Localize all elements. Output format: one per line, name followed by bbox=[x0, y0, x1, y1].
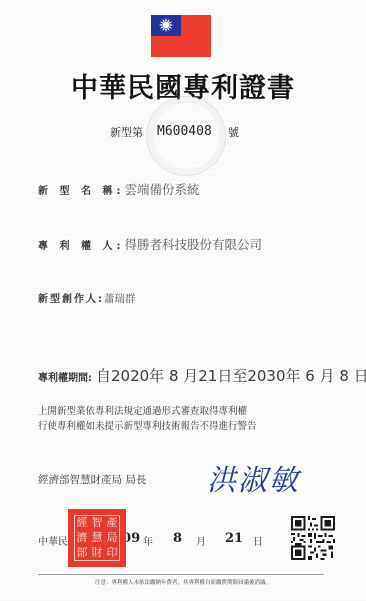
date-year-unit: 年 bbox=[143, 533, 153, 548]
date-month-unit: 月 bbox=[196, 533, 206, 548]
seal-char: 部 bbox=[75, 546, 89, 560]
roc-flag-icon bbox=[151, 15, 211, 57]
qr-code-icon[interactable] bbox=[291, 516, 335, 560]
field-patentee: 專 利 權 人:得勝者科技股份有限公司 bbox=[38, 235, 262, 253]
notice-text: 上開新型業依專利法規定通過形式審查取得專利權 行使專利權如未提示新型專利技術報告… bbox=[38, 404, 257, 434]
issuing-authority: 經濟部智慧財產局 局長 bbox=[38, 472, 146, 487]
field-label: 新型創作人: bbox=[38, 294, 104, 305]
patent-period: 專利權期間:自2020年 8 月21日至2030年 6 月 8 日止 bbox=[38, 365, 366, 386]
field-label: 新 型 名 稱: bbox=[38, 186, 124, 197]
field-value: 得勝者科技股份有限公司 bbox=[124, 237, 262, 252]
seal-char: 智 bbox=[90, 516, 104, 530]
director-signature: 洪淑敏 bbox=[207, 458, 300, 499]
field-creator: 新型創作人:蕭瑞群 bbox=[38, 290, 136, 306]
seal-char: 印 bbox=[105, 546, 119, 560]
field-model-name: 新 型 名 稱:雲端備份系統 bbox=[38, 180, 199, 198]
seal-char: 濟 bbox=[75, 531, 89, 545]
period-value: 自2020年 8 月21日至2030年 6 月 8 日止 bbox=[96, 367, 366, 385]
seal-char: 局 bbox=[105, 531, 119, 545]
seal-char: 財 bbox=[90, 546, 104, 560]
flag-canton bbox=[151, 15, 181, 36]
seal-char: 產 bbox=[105, 516, 119, 530]
notice-line: 行使專利權如未提示新型專利技術報告不得進行警告 bbox=[38, 419, 257, 434]
date-month: 8 bbox=[173, 531, 182, 546]
patent-number-prefix: 新型第 bbox=[110, 124, 143, 140]
patent-number: M600408 bbox=[157, 124, 212, 139]
date-day: 21 bbox=[225, 531, 243, 546]
white-sun-icon bbox=[158, 17, 174, 33]
patent-number-suffix: 號 bbox=[228, 124, 239, 140]
seal-char: 慧 bbox=[90, 531, 104, 545]
notice-line: 上開新型業依專利法規定通過形式審查取得專利權 bbox=[38, 404, 257, 419]
seal-char: 經 bbox=[75, 516, 89, 530]
official-seal-icon: 經 智 產 濟 慧 局 部 財 印 bbox=[68, 509, 126, 567]
field-value: 蕭瑞群 bbox=[104, 293, 136, 305]
field-label: 專 利 權 人: bbox=[38, 241, 124, 252]
footer-divider bbox=[38, 574, 324, 575]
period-label: 專利權期間: bbox=[38, 373, 92, 384]
footnote: 注意：專利權人未依法繳納年費者，其專利權自原繳費期限屆滿後消滅。 bbox=[0, 578, 366, 586]
field-value: 雲端備份系統 bbox=[124, 182, 199, 197]
date-day-unit: 日 bbox=[253, 533, 263, 548]
seal-characters: 經 智 產 濟 慧 局 部 財 印 bbox=[74, 515, 120, 561]
